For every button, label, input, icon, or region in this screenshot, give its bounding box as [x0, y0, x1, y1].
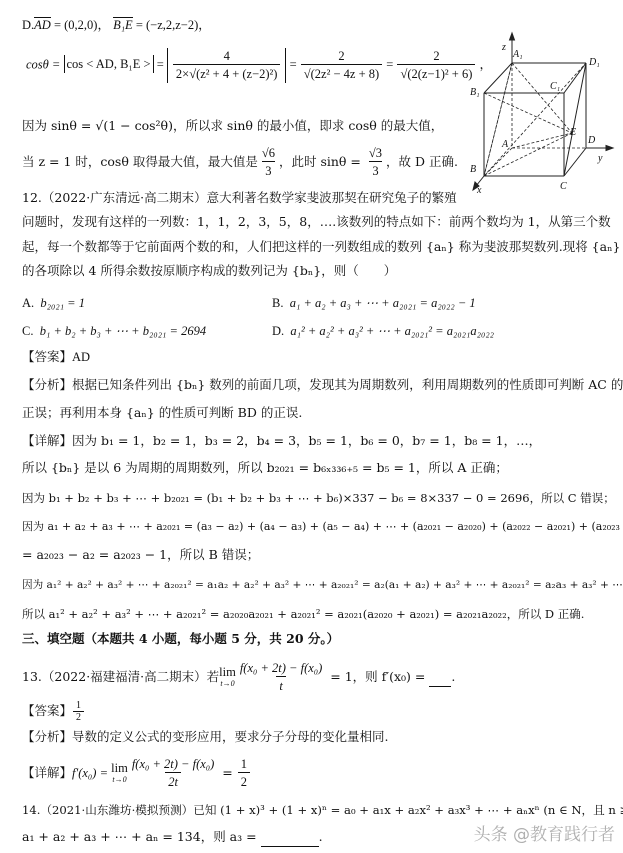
q12-detail6: 因为 a₁² + a₂² + a₃² + ⋯ + a₂₀₂₁² = a₁a₂ +…: [22, 576, 623, 594]
option-text: b₁ + b₂ + b₃ + ⋯ + b₂₀₂₁ = 2694: [40, 324, 206, 338]
lim-sub: t→0: [112, 774, 126, 786]
label-b1: B₁: [470, 87, 480, 98]
q13-suffix: = 1，则 f′(x₀) =: [326, 669, 429, 684]
part-d-line4: 当 z = 1 时，cosθ 取得最大值，最大值是√63，此时 sinθ = √…: [22, 145, 458, 180]
option-label: A.: [22, 296, 34, 310]
option-text: a₁² + a₂² + a₃² + ⋯ + a₂₀₂₁² = a₂₀₂₁a₂₀₂…: [290, 324, 494, 338]
frac-den: t: [276, 676, 285, 695]
q12-line4: 的各项除以 4 所得余数按原顺序构成的数列记为 {bₙ}，则（ ）: [22, 262, 396, 280]
label-c1: C₁: [550, 81, 560, 92]
detail-text: 因为 b₁ = 1，b₂ = 1，b₃ = 2，b₄ = 3，b₅ = 1，b₆…: [72, 433, 541, 448]
frac-den: 3: [369, 161, 381, 180]
analysis-tag: 【分析】: [22, 729, 72, 744]
cube-diagram: z A₁ D₁ B₁ C₁ E A D y B C x: [460, 30, 620, 195]
option-label: D.: [22, 18, 34, 32]
detail-tag: 【详解】: [22, 433, 72, 448]
q12-detail2: 所以 {bₙ} 是以 6 为周期的周期数列，所以 b₂₀₂₁ = b₆ₓ₃₃₆₊…: [22, 459, 508, 477]
answer-value: AD: [72, 350, 90, 364]
watermark: 头条 @教育践行者: [474, 820, 615, 845]
vector-b1e-value: = (−z,2,z−2)，: [133, 18, 211, 32]
q12-answer: 【答案】AD: [22, 348, 90, 366]
label-z: z: [501, 42, 506, 53]
text: ，此时 sinθ =: [279, 154, 365, 169]
q13-analysis: 【分析】导数的定义公式的变形应用，要求分子分母的变化量相同.: [22, 728, 389, 746]
q14-line1: 14.（2021·山东潍坊·模拟预测）已知 (1 + x)³ + (1 + x)…: [22, 801, 623, 819]
option-label: C.: [22, 324, 33, 338]
frac-num: f(x₀ + 2t) − f(x₀): [237, 660, 325, 676]
text: 当 z = 1 时，cosθ 取得最大值，最大值是: [22, 154, 258, 169]
answer-tag: 【答案】: [22, 703, 72, 718]
abs-fraction: 42×√(z² + 4 + (z−2)²): [167, 48, 287, 83]
analysis-tag: 【分析】: [22, 377, 72, 392]
q12-detail3: 因为 b₁ + b₂ + b₃ + ⋯ + b₂₀₂₁ = (b₁ + b₂ +…: [22, 489, 615, 507]
option-label: D.: [272, 324, 284, 338]
option-label: B.: [272, 296, 283, 310]
frac-den: 2: [73, 711, 84, 723]
part-d-vectors: D.AD = (0,2,0)， B₁E = (−z,2,z−2)，: [22, 16, 211, 34]
option-c: C. b₁ + b₂ + b₃ + ⋯ + b₂₀₂₁ = 2694: [22, 322, 206, 340]
q13-question: 13.（2022·福建福清·高二期末）若limt→0f(x₀ + 2t) − f…: [22, 660, 455, 695]
frac-num: √6: [259, 145, 278, 161]
part-d-line3: 因为 sinθ = √(1 − cos²θ)，所以求 sinθ 的最小值，即求 …: [22, 117, 443, 135]
option-d: D. a₁² + a₂² + a₃² + ⋯ + a₂₀₂₁² = a₂₀₂₁a…: [272, 322, 494, 340]
label-a1: A₁: [512, 49, 523, 60]
vector-ad: AD: [34, 17, 51, 32]
frac-den: 3: [262, 161, 274, 180]
detail-tag: 【详解】: [22, 765, 72, 780]
q14-line2: a₁ + a₂ + a₃ + ⋯ + aₙ = 134，则 a₃ = .: [22, 828, 323, 847]
label-d1: D₁: [588, 57, 600, 68]
option-b: B. a₁ + a₂ + a₃ + ⋯ + a₂₀₂₁ = a₂₀₂₂ − 1: [272, 294, 476, 312]
q12-header: 12.（2022·广东清远·高二期末）意大利著名数学家斐波那契在研究兔子的繁殖: [22, 189, 457, 207]
analysis-text: 导数的定义公式的变形应用，要求分子分母的变化量相同.: [72, 729, 388, 744]
option-text: a₁ + a₂ + a₃ + ⋯ + a₂₀₂₁ = a₂₀₂₂ − 1: [290, 296, 476, 310]
section-title: 三、填空题（本题共 4 小题，每小题 5 分，共 20 分。）: [22, 630, 339, 648]
frac-num: √3: [366, 145, 385, 161]
q14-text: a₁ + a₂ + a₃ + ⋯ + aₙ = 134，则 a₃ =: [22, 829, 261, 844]
cos-theta-lhs: cosθ =: [26, 57, 64, 71]
label-e: E: [569, 127, 576, 138]
q13-prefix: 13.（2022·福建福清·高二期末）若: [22, 669, 219, 684]
frac-den: 2: [238, 772, 250, 791]
option-text: b₂₀₂₁ = 1: [40, 296, 85, 310]
q13-detail: 【详解】f′(x₀) = limt→0f(x₀ + 2t) − f(x₀)2t …: [22, 756, 251, 791]
label-b: B: [470, 164, 476, 175]
frac3-num: 2: [430, 48, 442, 64]
frac-num: 1: [73, 700, 84, 711]
label-d: D: [587, 135, 596, 146]
frac2-num: 2: [335, 48, 347, 64]
q12-detail5: = a₂₀₂₃ − a₂ = a₂₀₂₃ − 1，所以 B 错误；: [22, 546, 259, 564]
label-x: x: [476, 185, 482, 195]
label-y: y: [597, 153, 603, 164]
q12-detail7: 所以 a₁² + a₂² + a₃² + ⋯ + a₂₀₂₁² = a₂₀₂₀a…: [22, 605, 584, 623]
frac1-den: 2×√(z² + 4 + (z−2)²): [173, 64, 281, 83]
answer-blank[interactable]: [429, 668, 451, 687]
lim-text: lim: [219, 666, 236, 678]
frac1-num: 4: [221, 48, 233, 64]
frac-num: f(x₀ + 2t) − f(x₀): [129, 756, 217, 772]
cos-theta-formula: cosθ = cos < AD, B₁E > = 42×√(z² + 4 + (…: [26, 48, 492, 83]
q12-detail4: 因为 a₁ + a₂ + a₃ + ⋯ + a₂₀₂₁ = (a₃ − a₂) …: [22, 518, 623, 536]
label-c: C: [560, 181, 567, 192]
lim-text: lim: [111, 762, 128, 774]
frac-num: 1: [238, 756, 250, 772]
limit: limt→0: [219, 666, 236, 690]
limit: limt→0: [111, 762, 128, 786]
frac2-den: √(2z² − 4z + 8): [301, 64, 382, 83]
option-a: A. b₂₀₂₁ = 1: [22, 294, 85, 312]
q12-detail1: 【详解】因为 b₁ = 1，b₂ = 1，b₃ = 2，b₄ = 3，b₅ = …: [22, 432, 541, 450]
punct: .: [319, 829, 323, 844]
q12-analysis1: 【分析】根据已知条件列出 {bₙ} 数列的前面几项，发现其为周期数列，利用周期数…: [22, 376, 623, 394]
q12-analysis2: 正误；再利用本身 {aₙ} 的性质可判断 BD 的正误.: [22, 404, 302, 422]
frac-den: 2t: [165, 772, 181, 791]
punct: .: [451, 669, 455, 684]
label-a: A: [501, 139, 509, 150]
answer-tag: 【答案】: [22, 349, 72, 364]
q12-line2: 问题时，发现有这样的一列数：1，1，2，3，5，8，….该数列的特点如下：前两个…: [22, 213, 611, 231]
cube-figure: z A₁ D₁ B₁ C₁ E A D y B C x: [460, 30, 620, 195]
lim-sub: t→0: [220, 678, 234, 690]
q13-answer: 【答案】12: [22, 700, 85, 723]
vector-b1e: B₁E: [113, 17, 133, 32]
equals: =: [218, 765, 236, 780]
vector-ad-value: = (0,2,0)，: [51, 18, 113, 32]
analysis-text: 根据已知条件列出 {bₙ} 数列的前面几项，发现其为周期数列，利用周期数列的性质…: [72, 377, 623, 392]
text: ，故 D 正确.: [386, 154, 458, 169]
answer-blank[interactable]: [261, 828, 319, 847]
abs-cos: cos < AD, B₁E >: [64, 55, 154, 73]
q12-line3: 起，每一个数都等于它前面两个数的和，人们把这样的一列数组成的数列 {aₙ} 称为…: [22, 238, 623, 256]
derivative-lhs: f′(x₀) =: [72, 766, 111, 780]
